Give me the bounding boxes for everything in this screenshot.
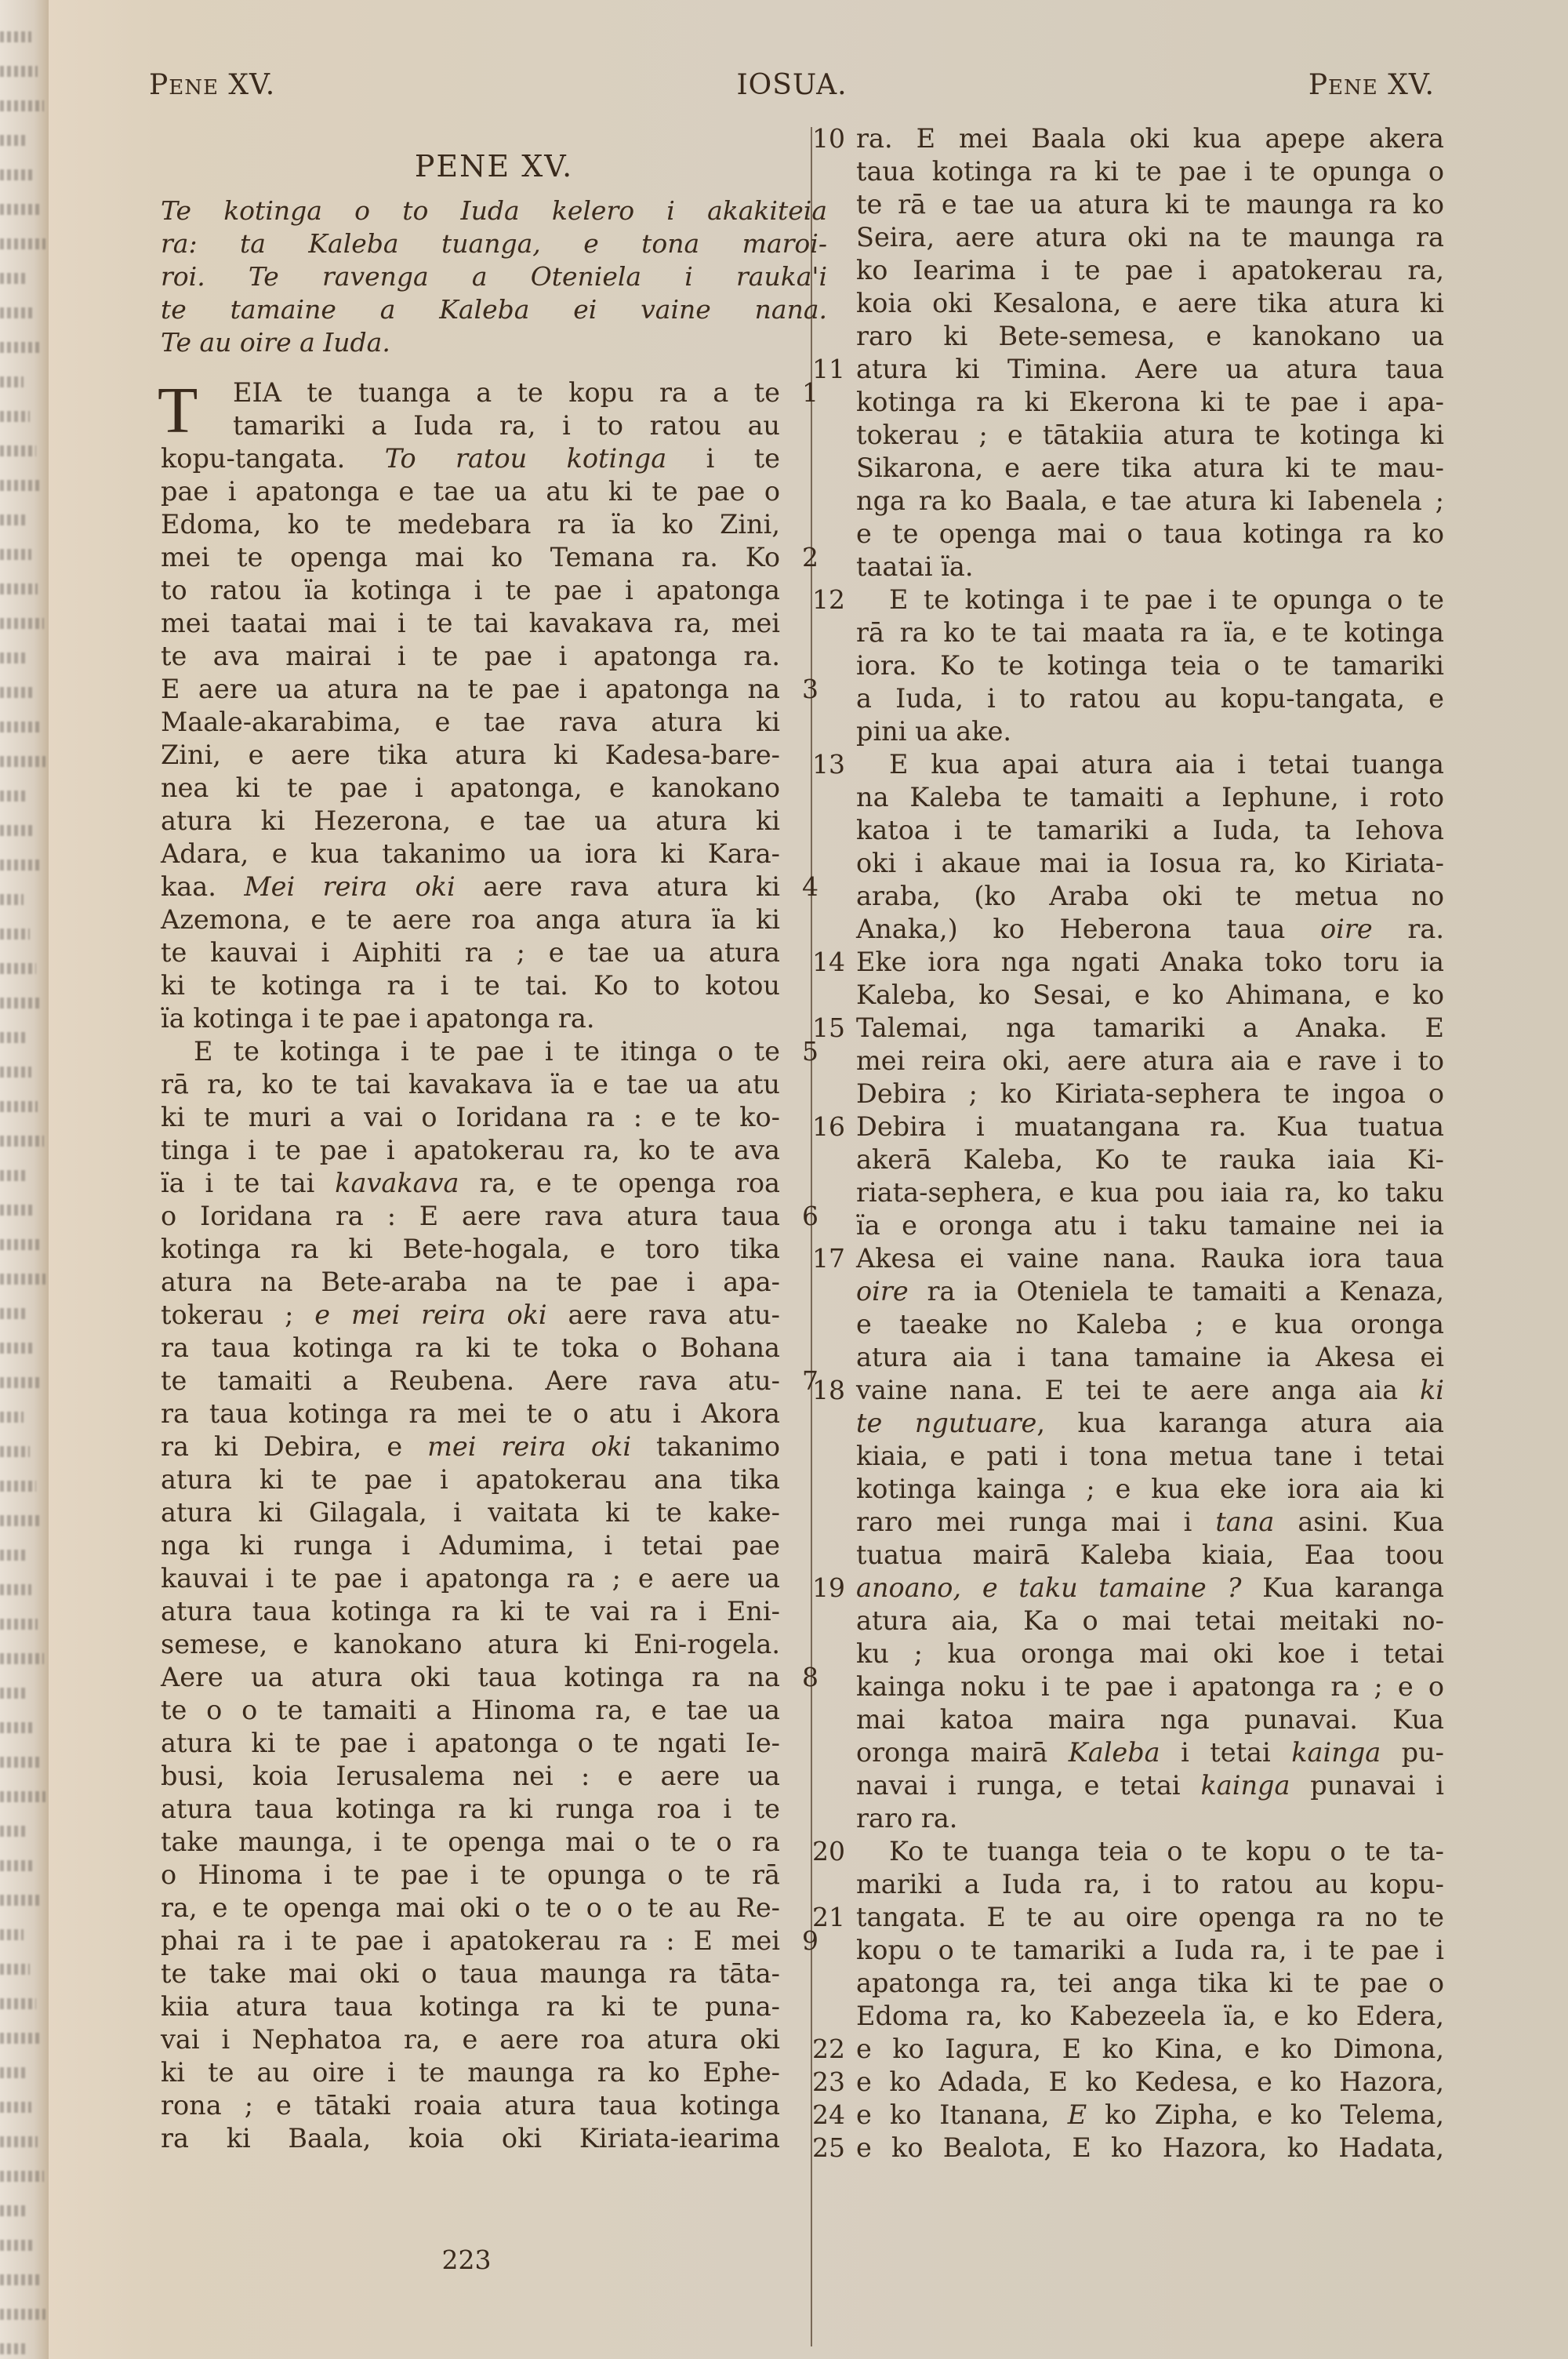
text-line: ïa kotinga i te pae i apatonga ra.: [161, 1002, 780, 1035]
text-line: busi, koia Ierusalema nei : e aere ua: [161, 1760, 780, 1793]
text-line: raro ki Bete-semesa, e kanokano ua: [856, 320, 1444, 353]
verse-number: 10: [812, 122, 851, 155]
line-text: ra ki Baala, koia oki Kiriata-iearima: [161, 2122, 780, 2155]
text-line: 11atura ki Timina. Aere ua atura taua: [856, 353, 1444, 386]
text-line: kotinga ra ki Bete-hogala, e toro tika: [161, 1233, 780, 1266]
ghost-text-line: [0, 1653, 44, 1664]
line-text: nga ki runga i Adumima, i tetai pae: [161, 1529, 780, 1562]
line-text: e ko Itanana, E ko Zipha, e ko Telema,: [856, 2099, 1444, 2132]
text-line: ïa e oronga atu i taku tamaine nei ia: [856, 1209, 1444, 1242]
ghost-text-line: [0, 445, 36, 456]
ghost-text-line: [0, 894, 24, 905]
ghost-text-line: [0, 66, 38, 77]
ghost-text-line: [0, 1964, 30, 1975]
text-line: o Ioridana ra : E aere rava atura taua6: [161, 1200, 780, 1233]
text-line: iora. Ko te kotinga teia o te tamariki: [856, 649, 1444, 682]
ghost-text-line: [0, 1895, 41, 1906]
ghost-text-line: [0, 1722, 33, 1733]
ghost-text-line: [0, 1032, 25, 1043]
line-text: te o o te tamaiti a Hinoma ra, e tae ua: [161, 1694, 780, 1727]
text-line: mai katoa maira nga punavai. Kua: [856, 1703, 1444, 1736]
line-text: kauvai i te pae i apatonga ra ; e aere u…: [161, 1562, 780, 1595]
verse-number: 24: [812, 2099, 851, 2132]
ghost-text-line: [0, 1550, 25, 1561]
verse-number: 22: [812, 2033, 851, 2066]
verse-number: 16: [812, 1110, 851, 1143]
text-line: te o o te tamaiti a Hinoma ra, e tae ua: [161, 1694, 780, 1727]
summary-line: Te kotinga o to Iuda kelero i akakiteia: [208, 194, 827, 227]
ghost-text-line: [0, 1619, 38, 1630]
text-line: o Hinoma i te pae i te opunga o te rā: [161, 1859, 780, 1892]
line-text: atura taua kotinga ra ki runga roa i te: [161, 1793, 780, 1826]
line-text: E te kotinga i te pae i te opunga o te: [856, 583, 1444, 616]
line-text: te take mai oki o taua maunga ra tāta-: [161, 1957, 780, 1990]
line-text: tuatua mairā Kaleba kiaia, Eaa toou: [856, 1539, 1444, 1572]
ghost-text-line: [0, 2067, 25, 2078]
text-line: ra ki Debira, e mei reira oki takanimo: [161, 1430, 780, 1463]
text-line: ko Iearima i te pae i apatokerau ra,: [856, 254, 1444, 287]
text-line: na Kaleba te tamaiti a Iephune, i roto: [856, 781, 1444, 814]
ghost-text-line: [0, 1377, 41, 1388]
line-text: to ratou ïa kotinga i te pae i apatonga: [161, 574, 780, 607]
verse-number: 3: [802, 673, 818, 706]
ghost-text-line: [0, 342, 41, 353]
text-line: take maunga, i te openga mai o te o ra: [161, 1826, 780, 1859]
ghost-text-line: [0, 756, 45, 767]
verse-number: 19: [812, 1572, 851, 1605]
text-line: navai i runga, e tetai kainga punavai i: [856, 1769, 1444, 1802]
text-line: kiia atura taua kotinga ra ki te puna-: [161, 1990, 780, 2023]
text-line: pae i apatonga e tae ua atu ki te pae o: [161, 475, 780, 508]
line-text: kainga noku i te pae i apatonga ra ; e o: [856, 1670, 1444, 1703]
line-text: phai ra i te pae i apatokerau ra : E mei: [161, 1925, 780, 1957]
line-text: raro ra.: [856, 1802, 1444, 1835]
text-line: Edoma ra, ko Kabezeela ïa, e ko Edera,: [856, 2000, 1444, 2033]
ghost-text-line: [0, 1929, 24, 1940]
text-line: 13E kua apai atura aia i tetai tuanga: [856, 748, 1444, 781]
line-text: raro mei runga mai i tana asini. Kua: [856, 1506, 1444, 1539]
text-line: oki i akaue mai ia Iosua ra, ko Kiriata-: [856, 847, 1444, 880]
text-line: tokerau ; e mei reira oki aere rava atu-: [161, 1299, 780, 1332]
line-text: ko Iearima i te pae i apatokerau ra,: [856, 254, 1444, 287]
line-text: vai i Nephatoa ra, e aere roa atura oki: [161, 2023, 780, 2056]
verse-number: 6: [802, 1200, 818, 1233]
line-text: Aere ua atura oki taua kotinga ra na: [161, 1661, 780, 1694]
text-line: nga ra ko Baala, e tae atura ki Iabenela…: [856, 485, 1444, 518]
line-text: atura ki Hezerona, e tae ua atura ki: [161, 805, 780, 838]
ghost-text-line: [0, 1101, 38, 1112]
text-line: te ngutuare, kua karanga atura aia: [856, 1407, 1444, 1440]
line-text: Debira i muatangana ra. Kua tuatua: [856, 1110, 1444, 1143]
line-text: semese, e kanokano atura ki Eni-rogela.: [161, 1628, 780, 1661]
ghost-text-line: [0, 1412, 24, 1423]
text-line: ki te kotinga ra i te tai. Ko to kotou: [161, 969, 780, 1002]
line-text: atura taua kotinga ra ki te vai ra i Eni…: [161, 1595, 780, 1628]
text-line: Debira ; ko Kiriata-sephera te ingoa o: [856, 1078, 1444, 1110]
verse-number: 12: [812, 583, 851, 616]
ghost-text-line: [0, 549, 31, 560]
line-text: iora. Ko te kotinga teia o te tamariki: [856, 649, 1444, 682]
text-line: Edoma, ko te medebara ra ïa ko Zini,: [161, 508, 780, 541]
text-line: semese, e kanokano atura ki Eni-rogela.: [161, 1628, 780, 1661]
text-line: atura ki te pae i apatokerau ana tika: [161, 1463, 780, 1496]
text-line: a Iuda, i to ratou au kopu-tangata, e: [856, 682, 1444, 715]
text-line: nga ki runga i Adumima, i tetai pae: [161, 1529, 780, 1562]
ghost-text-line: [0, 1515, 42, 1526]
line-text: busi, koia Ierusalema nei : e aere ua: [161, 1760, 780, 1793]
line-text: E aere ua atura na te pae i apatonga na: [161, 673, 780, 706]
line-text: akerā Kaleba, Ko te rauka iaia Ki-: [856, 1143, 1444, 1176]
line-text: E kua apai atura aia i tetai tuanga: [856, 748, 1444, 781]
line-text: mei reira oki, aere atura aia e rave i t…: [856, 1045, 1444, 1078]
line-text: atura aia i tana tamaine ia Akesa ei: [856, 1341, 1444, 1374]
text-line: te rā e tae ua atura ki te maunga ra ko: [856, 188, 1444, 221]
text-line: kotinga ra ki Ekerona ki te pae i apa-: [856, 386, 1444, 419]
line-text: nga ra ko Baala, e tae atura ki Iabenela…: [856, 485, 1444, 518]
ghost-text-line: [0, 687, 33, 698]
line-text: koia oki Kesalona, e aere tika atura ki: [856, 287, 1444, 320]
text-line: 21tangata. E te au oire openga ra no te: [856, 1901, 1444, 1934]
verse-number: 13: [812, 748, 851, 781]
text-line: te ava mairai i te pae i apatonga ra.: [161, 640, 780, 673]
line-text: e ko Adada, E ko Kedesa, e ko Hazora,: [856, 2066, 1444, 2099]
line-text: kaa. Mei reira oki aere rava atura ki: [161, 871, 780, 903]
text-line: tamariki a Iuda ra, i to ratou au: [161, 409, 780, 442]
ghost-text-line: [0, 31, 31, 42]
ghost-text-line: [0, 929, 30, 940]
text-line: taatai ïa.: [856, 551, 1444, 583]
line-text: mariki a Iuda ra, i to ratou au kopu-: [856, 1868, 1444, 1901]
text-line: tokerau ; e tātakiia atura te kotinga ki: [856, 419, 1444, 452]
line-text: tangata. E te au oire openga ra no te: [856, 1901, 1444, 1934]
line-text: ïa i te tai kavakava ra, e te openga roa: [161, 1167, 780, 1200]
text-line: tuatua mairā Kaleba kiaia, Eaa toou: [856, 1539, 1444, 1572]
line-text: Kaleba, ko Sesai, e ko Ahimana, e ko: [856, 979, 1444, 1012]
line-text: te tamaiti a Reubena. Aere rava atu-: [161, 1365, 780, 1398]
ghost-text-line: [0, 825, 34, 836]
text-line: ra taua kotinga ra ki te toka o Bohana: [161, 1332, 780, 1365]
text-line: Adara, e kua takanimo ua iora ki Kara-: [161, 838, 780, 871]
line-text: nea ki te pae i apatonga, e kanokano: [161, 772, 780, 805]
verse-number: 18: [812, 1374, 851, 1407]
summary-line: ra: ta Kaleba tuanga, e tona maroi-: [208, 227, 827, 260]
line-text: Adara, e kua takanimo ua iora ki Kara-: [161, 838, 780, 871]
text-line: atura ki Hezerona, e tae ua atura ki: [161, 805, 780, 838]
verse-number: 2: [802, 541, 818, 574]
text-line: 22e ko Iagura, E ko Kina, e ko Dimona,: [856, 2033, 1444, 2066]
text-line: 10ra. E mei Baala oki kua apepe akera: [856, 122, 1444, 155]
line-text: rona ; e tātaki roaia atura taua kotinga: [161, 2089, 780, 2122]
text-line: EIA te tuanga a te kopu ra a te1: [161, 376, 780, 409]
line-text: kotinga kainga ; e kua eke iora aia ki: [856, 1473, 1444, 1506]
ghost-text-line: [0, 411, 30, 422]
verse-number: 14: [812, 946, 851, 979]
text-line: E te kotinga i te pae i te itinga o te5: [161, 1035, 780, 1068]
line-text: ki te muri a vai o Ioridana ra : e te ko…: [161, 1101, 780, 1134]
line-text: rā ra ko te tai maata ra ïa, e te koting…: [856, 616, 1444, 649]
text-line: 18vaine nana. E tei te aere anga aia ki: [856, 1374, 1444, 1407]
column-divider: [811, 127, 812, 2346]
text-line: E aere ua atura na te pae i apatonga na3: [161, 673, 780, 706]
line-text: o Hinoma i te pae i te opunga o te rā: [161, 1859, 780, 1892]
text-line: araba, (ko Araba oki te metua no: [856, 880, 1444, 913]
text-line: 15Talemai, nga tamariki a Anaka. E: [856, 1012, 1444, 1045]
line-text: Anaka,) ko Heberona taua oire ra.: [856, 913, 1444, 946]
text-line: atura ki te pae i apatonga o te ngati Ie…: [161, 1727, 780, 1760]
line-text: E te kotinga i te pae i te itinga o te: [194, 1035, 780, 1068]
ghost-text-line: [0, 1308, 28, 1319]
line-text: tokerau ; e tātakiia atura te kotinga ki: [856, 419, 1444, 452]
left-text-body: TEIA te tuanga a te kopu ra a te1tamarik…: [161, 376, 780, 2155]
text-line: apatonga ra, tei anga tika ki te pae o: [856, 1967, 1444, 2000]
ghost-text-line: [0, 169, 33, 180]
ghost-text-line: [0, 1826, 28, 1837]
line-text: kiaia, e pati i tona metua tane i tetai: [856, 1440, 1444, 1473]
text-line: atura aia i tana tamaine ia Akesa ei: [856, 1341, 1444, 1374]
text-line: 17Akesa ei vaine nana. Rauka iora taua: [856, 1242, 1444, 1275]
line-text: e ko Bealota, E ko Hazora, ko Hadata,: [856, 2132, 1444, 2165]
ghost-text-line: [0, 135, 27, 146]
ghost-text-line: [0, 480, 42, 491]
line-text: ïa kotinga i te pae i apatonga ra.: [161, 1002, 780, 1035]
ghost-text-line: [0, 1446, 30, 1457]
header-chapter-right: PENE XV.: [1308, 69, 1435, 101]
line-text: EIA te tuanga a te kopu ra a te: [233, 376, 780, 409]
right-column: 10ra. E mei Baala oki kua apepe akeratau…: [856, 122, 1444, 2165]
text-line: Azemona, e te aere roa anga atura ïa ki: [161, 903, 780, 936]
ghost-text-line: [0, 1170, 27, 1181]
text-line: mei reira oki, aere atura aia e rave i t…: [856, 1045, 1444, 1078]
ghost-text-line: [0, 238, 45, 249]
verse-number: 21: [812, 1901, 851, 1934]
verse-number: 25: [812, 2132, 851, 2165]
ghost-text-line: [0, 1688, 27, 1699]
line-text: Edoma ra, ko Kabezeela ïa, e ko Edera,: [856, 2000, 1444, 2033]
line-text: apatonga ra, tei anga tika ki te pae o: [856, 1967, 1444, 2000]
text-line: atura na Bete-araba na te pae i apa-: [161, 1266, 780, 1299]
text-line: nea ki te pae i apatonga, e kanokano: [161, 772, 780, 805]
text-line: taua kotinga ra ki te pae i te opunga o: [856, 155, 1444, 188]
text-line: kiaia, e pati i tona metua tane i tetai: [856, 1440, 1444, 1473]
line-text: e ko Iagura, E ko Kina, e ko Dimona,: [856, 2033, 1444, 2066]
text-line: oire ra ia Oteniela te tamaiti a Kenaza,: [856, 1275, 1444, 1308]
line-text: navai i runga, e tetai kainga punavai i: [856, 1769, 1444, 1802]
line-text: Zini, e aere tika atura ki Kadesa-bare-: [161, 739, 780, 772]
text-line: 16Debira i muatangana ra. Kua tuatua: [856, 1110, 1444, 1143]
text-line: 20Ko te tuanga teia o te kopu o te ta-: [856, 1835, 1444, 1868]
text-line: Seira, aere atura oki na te maunga ra: [856, 221, 1444, 254]
ghost-text-line: [0, 652, 27, 663]
ghost-text-line: [0, 998, 42, 1009]
text-line: vai i Nephatoa ra, e aere roa atura oki: [161, 2023, 780, 2056]
ghost-text-line: [0, 2033, 42, 2044]
ghost-text-line: [0, 860, 41, 871]
ghost-text-line: [0, 307, 34, 318]
line-text: Seira, aere atura oki na te maunga ra: [856, 221, 1444, 254]
text-line: mei te openga mai ko Temana ra. Ko2: [161, 541, 780, 574]
ghost-text-line: [0, 2343, 28, 2354]
line-text: te rā e tae ua atura ki te maunga ra ko: [856, 188, 1444, 221]
ghost-text-line: [0, 1584, 31, 1595]
text-line: Maale-akarabima, e tae rava atura ki: [161, 706, 780, 739]
line-text: Edoma, ko te medebara ra ïa ko Zini,: [161, 508, 780, 541]
text-line: ki te au oire i te maunga ra ko Ephe-: [161, 2056, 780, 2089]
line-text: ra taua kotinga ra ki te toka o Bohana: [161, 1332, 780, 1365]
text-line: Sikarona, e aere tika atura ki te mau-: [856, 452, 1444, 485]
line-text: ra ki Debira, e mei reira oki takanimo: [161, 1430, 780, 1463]
ghost-text-line: [0, 1239, 39, 1250]
text-line: phai ra i te pae i apatokerau ra : E mei…: [161, 1925, 780, 1957]
line-text: araba, (ko Araba oki te metua no: [856, 880, 1444, 913]
line-text: kopu-tangata. To ratou kotinga i te: [161, 442, 780, 475]
line-text: Ko te tuanga teia o te kopu o te ta-: [856, 1835, 1444, 1868]
text-line: rā ra ko te tai maata ra ïa, e te koting…: [856, 616, 1444, 649]
line-text: atura aia, Ka o mai tetai meitaki no-: [856, 1605, 1444, 1637]
line-text: te ava mairai i te pae i apatonga ra.: [161, 640, 780, 673]
ghost-text-line: [0, 2309, 45, 2320]
summary-line: Te au oire a Iuda.: [208, 326, 827, 359]
line-text: pae i apatonga e tae ua atu ki te pae o: [161, 475, 780, 508]
text-line: katoa i te tamariki a Iuda, ta Iehova: [856, 814, 1444, 847]
line-text: take maunga, i te openga mai o te o ra: [161, 1826, 780, 1859]
text-line: atura aia, Ka o mai tetai meitaki no-: [856, 1605, 1444, 1637]
ghost-text-line: [0, 791, 28, 801]
line-text: atura na Bete-araba na te pae i apa-: [161, 1266, 780, 1299]
text-line: kainga noku i te pae i apatonga ra ; e o: [856, 1670, 1444, 1703]
verse-number: 17: [812, 1242, 851, 1275]
line-text: na Kaleba te tamaiti a Iephune, i roto: [856, 781, 1444, 814]
text-line: koia oki Kesalona, e aere tika atura ki: [856, 287, 1444, 320]
text-line: kotinga kainga ; e kua eke iora aia ki: [856, 1473, 1444, 1506]
text-line: e taeake no Kaleba ; e kua oronga: [856, 1308, 1444, 1341]
ghost-text-line: [0, 376, 24, 387]
ghost-text-line: [0, 583, 38, 594]
text-line: raro ra.: [856, 1802, 1444, 1835]
line-text: atura ki te pae i apatokerau ana tika: [161, 1463, 780, 1496]
text-line: tinga i te pae i apatokerau ra, ko te av…: [161, 1134, 780, 1167]
summary-line: te tamaine a Kaleba ei vaine nana.: [208, 293, 827, 326]
line-text: tinga i te pae i apatokerau ra, ko te av…: [161, 1134, 780, 1167]
line-text: oki i akaue mai ia Iosua ra, ko Kiriata-: [856, 847, 1444, 880]
text-line: ïa i te tai kavakava ra, e te openga roa: [161, 1167, 780, 1200]
text-line: Kaleba, ko Sesai, e ko Ahimana, e ko: [856, 979, 1444, 1012]
line-text: ki te au oire i te maunga ra ko Ephe-: [161, 2056, 780, 2089]
chapter-summary: Te kotinga o to Iuda kelero i akakiteiar…: [161, 194, 827, 359]
line-text: oire ra ia Oteniela te tamaiti a Kenaza,: [856, 1275, 1444, 1308]
line-text: a Iuda, i to ratou au kopu-tangata, e: [856, 682, 1444, 715]
line-text: Sikarona, e aere tika atura ki te mau-: [856, 452, 1444, 485]
text-line: ku ; kua oronga mai oki koe i tetai: [856, 1637, 1444, 1670]
ghost-text-line: [0, 2171, 44, 2182]
ghost-text-line: [0, 100, 44, 111]
text-line: kauvai i te pae i apatonga ra ; e aere u…: [161, 1562, 780, 1595]
line-text: ki te kotinga ra i te tai. Ko to kotou: [161, 969, 780, 1002]
chapter-title: PENE XV.: [208, 149, 780, 184]
line-text: Talemai, nga tamariki a Anaka. E: [856, 1012, 1444, 1045]
line-text: mai katoa maira nga punavai. Kua: [856, 1703, 1444, 1736]
ghost-text-line: [0, 2136, 38, 2147]
text-line: kopu o te tamariki a Iuda ra, i te pae i: [856, 1934, 1444, 1967]
ghost-text-line: [0, 1791, 45, 1802]
line-text: ïa e oronga atu i taku tamaine nei ia: [856, 1209, 1444, 1242]
text-line: kaa. Mei reira oki aere rava atura ki4: [161, 871, 780, 903]
line-text: atura ki Gilagala, i vaitata ki te kake-: [161, 1496, 780, 1529]
ghost-text-line: [0, 1343, 34, 1354]
ghost-text-line: [0, 1205, 33, 1216]
verse-number: 4: [802, 871, 818, 903]
line-text: anoano, e taku tamaine ? Kua karanga: [856, 1572, 1444, 1605]
line-text: atura ki te pae i apatonga o te ngati Ie…: [161, 1727, 780, 1760]
page-number: 223: [0, 2245, 784, 2275]
line-text: atura ki Timina. Aere ua atura taua: [856, 353, 1444, 386]
text-line: rā ra, ko te tai kavakava ïa e tae ua at…: [161, 1068, 780, 1101]
text-line: 12E te kotinga i te pae i te opunga o te: [856, 583, 1444, 616]
ghost-text-line: [0, 514, 25, 525]
text-line: kopu-tangata. To ratou kotinga i te: [161, 442, 780, 475]
text-line: Aere ua atura oki taua kotinga ra na8: [161, 1661, 780, 1694]
text-line: 24e ko Itanana, E ko Zipha, e ko Telema,: [856, 2099, 1444, 2132]
line-text: ra, e te openga mai oki o te o o te au R…: [161, 1892, 780, 1925]
line-text: oronga mairā Kaleba i tetai kainga pu-: [856, 1736, 1444, 1769]
text-line: ra taua kotinga ra mei te o atu i Akora: [161, 1398, 780, 1430]
verse-number: 23: [812, 2066, 851, 2099]
text-line: te kauvai i Aiphiti ra ; e tae ua atura: [161, 936, 780, 969]
header-book-title: IOSUA.: [149, 69, 1435, 101]
ghost-text-line: [0, 273, 28, 284]
line-text: tamariki a Iuda ra, i to ratou au: [233, 409, 780, 442]
line-text: rā ra, ko te tai kavakava ïa e tae ua at…: [161, 1068, 780, 1101]
verse-number: 11: [812, 353, 851, 386]
text-line: ra ki Baala, koia oki Kiriata-iearima: [161, 2122, 780, 2155]
verse-number: 15: [812, 1012, 851, 1045]
line-text: katoa i te tamariki a Iuda, ta Iehova: [856, 814, 1444, 847]
text-line: 25e ko Bealota, E ko Hazora, ko Hadata,: [856, 2132, 1444, 2165]
text-line: 23e ko Adada, E ko Kedesa, e ko Hazora,: [856, 2066, 1444, 2099]
text-line: to ratou ïa kotinga i te pae i apatonga: [161, 574, 780, 607]
text-line: 19anoano, e taku tamaine ? Kua karanga: [856, 1572, 1444, 1605]
text-line: rona ; e tātaki roaia atura taua kotinga: [161, 2089, 780, 2122]
text-line: akerā Kaleba, Ko te rauka iaia Ki-: [856, 1143, 1444, 1176]
left-column: PENE XV. Te kotinga o to Iuda kelero i a…: [161, 149, 780, 2155]
line-text: ra. E mei Baala oki kua apepe akera: [856, 122, 1444, 155]
text-line: te tamaiti a Reubena. Aere rava atu-7: [161, 1365, 780, 1398]
line-text: o Ioridana ra : E aere rava atura taua: [161, 1200, 780, 1233]
line-text: taua kotinga ra ki te pae i te opunga o: [856, 155, 1444, 188]
text-line: mei taatai mai i te tai kavakava ra, mei: [161, 607, 780, 640]
line-text: kopu o te tamariki a Iuda ra, i te pae i: [856, 1934, 1444, 1967]
text-line: Anaka,) ko Heberona taua oire ra.: [856, 913, 1444, 946]
line-text: taatai ïa.: [856, 551, 1444, 583]
line-text: Debira ; ko Kiriata-sephera te ingoa o: [856, 1078, 1444, 1110]
ghost-text-line: [0, 1067, 31, 1078]
text-line: Zini, e aere tika atura ki Kadesa-bare-: [161, 739, 780, 772]
ghost-text-line: [0, 204, 39, 215]
line-text: Eke iora nga ngati Anaka toko toru ia: [856, 946, 1444, 979]
ghost-text-line: [0, 618, 44, 629]
text-line: atura taua kotinga ra ki te vai ra i Eni…: [161, 1595, 780, 1628]
line-text: kotinga ra ki Bete-hogala, e toro tika: [161, 1233, 780, 1266]
text-line: oronga mairā Kaleba i tetai kainga pu-: [856, 1736, 1444, 1769]
ghost-text-line: [0, 722, 39, 732]
text-line: e te openga mai o taua kotinga ra ko: [856, 518, 1444, 551]
ghost-text-line: [0, 963, 36, 974]
line-text: raro ki Bete-semesa, e kanokano ua: [856, 320, 1444, 353]
ghost-text-line: [0, 2102, 31, 2113]
ghost-text-line: [0, 2205, 27, 2216]
line-text: kotinga ra ki Ekerona ki te pae i apa-: [856, 386, 1444, 419]
line-text: te ngutuare, kua karanga atura aia: [856, 1407, 1444, 1440]
line-text: pini ua ake.: [856, 715, 1444, 748]
